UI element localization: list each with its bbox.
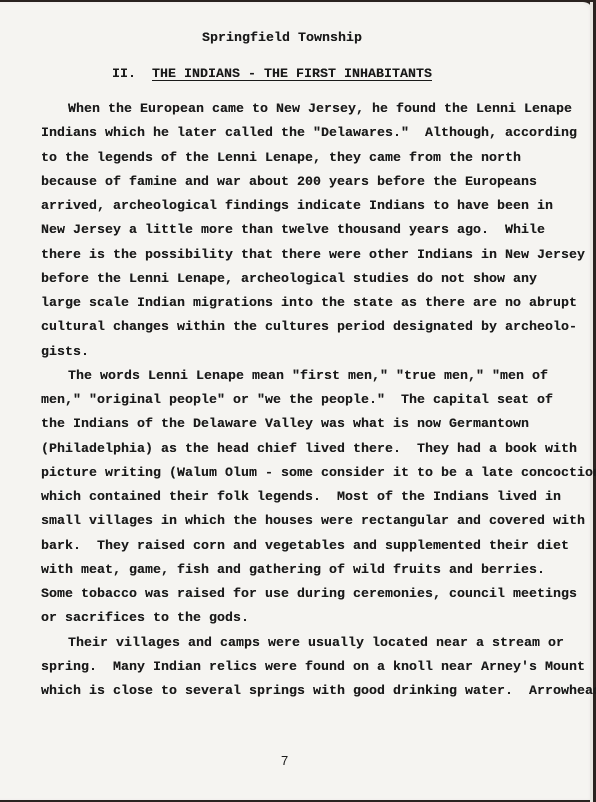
text-line: large scale Indian migrations into the s… bbox=[41, 295, 577, 310]
text-line: which is close to several springs with g… bbox=[41, 683, 596, 698]
text-line: Some tobacco was raised for use during c… bbox=[41, 586, 577, 601]
text-line: to the legends of the Lenni Lenape, they… bbox=[41, 150, 521, 165]
text-line: or sacrifices to the gods. bbox=[41, 610, 249, 625]
text-line: small villages in which the houses were … bbox=[41, 513, 585, 528]
section-number: II. bbox=[112, 66, 136, 81]
text-line: the Indians of the Delaware Valley was w… bbox=[41, 416, 529, 431]
text-line: cultural changes within the cultures per… bbox=[41, 319, 577, 334]
section-heading: II. THE INDIANS - THE FIRST INHABITANTS bbox=[112, 66, 432, 81]
text-line: picture writing (Walum Olum - some consi… bbox=[41, 465, 596, 480]
text-line: The words Lenni Lenape mean "first men,"… bbox=[68, 368, 548, 383]
text-line: spring. Many Indian relics were found on… bbox=[41, 659, 585, 674]
text-line: bark. They raised corn and vegetables an… bbox=[41, 538, 569, 553]
text-line: men," "original people" or "we the peopl… bbox=[41, 392, 553, 407]
text-line: (Philadelphia) as the head chief lived t… bbox=[41, 441, 577, 456]
text-line: with meat, game, fish and gathering of w… bbox=[41, 562, 545, 577]
page-header: Springfield Township bbox=[202, 30, 362, 45]
text-line: because of famine and war about 200 year… bbox=[41, 174, 537, 189]
text-line: there is the possibility that there were… bbox=[41, 247, 585, 262]
text-line: New Jersey a little more than twelve tho… bbox=[41, 222, 545, 237]
text-line: gists. bbox=[41, 344, 89, 359]
text-line: which contained their folk legends. Most… bbox=[41, 489, 561, 504]
text-line: arrived, archeological findings indicate… bbox=[41, 198, 553, 213]
text-line: When the European came to New Jersey, he… bbox=[68, 101, 572, 116]
text-line: Indians which he later called the "Delaw… bbox=[41, 125, 577, 140]
page-edge bbox=[590, 2, 593, 800]
text-line: before the Lenni Lenape, archeological s… bbox=[41, 271, 537, 286]
section-title: THE INDIANS - THE FIRST INHABITANTS bbox=[152, 66, 432, 81]
page-number: 7 bbox=[281, 753, 288, 768]
document-page: Springfield Township II. THE INDIANS - T… bbox=[0, 2, 593, 800]
text-line: Their villages and camps were usually lo… bbox=[68, 635, 564, 650]
